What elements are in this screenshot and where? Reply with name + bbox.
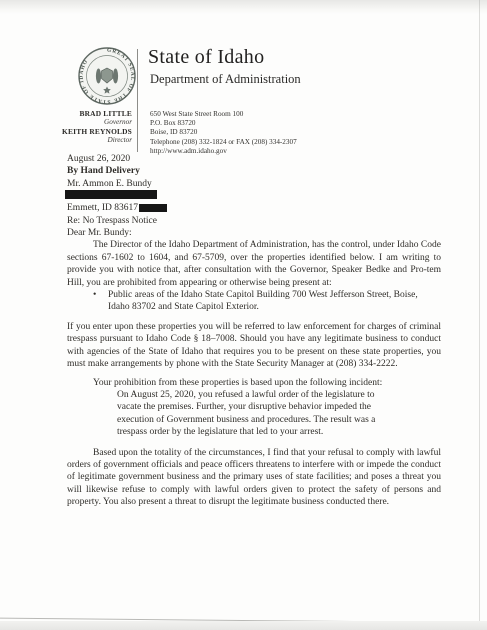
paragraph-2: If you enter upon these properties you w… bbox=[67, 321, 441, 371]
seal-figure-left bbox=[96, 69, 101, 84]
recipient-name: Mr. Ammon E. Bundy bbox=[67, 178, 441, 190]
director-title: Director bbox=[18, 136, 132, 145]
address-line: Telephone (208) 332-1824 or FAX (208) 33… bbox=[150, 138, 297, 147]
bullet-item: • Public areas of the Idaho State Capito… bbox=[93, 289, 431, 314]
recipient-city-line: Emmett, ID 83617 bbox=[67, 202, 441, 214]
governor-title: Governor bbox=[18, 118, 132, 127]
scan-bottom-shade bbox=[0, 621, 487, 630]
bullet-text: Public areas of the Idaho State Capitol … bbox=[108, 289, 431, 314]
redaction-bar-zip4 bbox=[139, 204, 167, 212]
director-name: KEITH REYNOLDS bbox=[18, 127, 132, 136]
agency-title: State of Idaho bbox=[148, 46, 264, 69]
re-line: Re: No Trespass Notice bbox=[67, 215, 441, 227]
letter-date: August 26, 2020 bbox=[67, 153, 441, 165]
bullet-icon: • bbox=[93, 289, 108, 314]
address-line: P.O. Box 83720 bbox=[150, 119, 297, 128]
paragraph-3: Your prohibition from these properties i… bbox=[67, 377, 441, 389]
delivery-method: By Hand Delivery bbox=[67, 165, 441, 177]
idaho-great-seal-icon: GREAT SEAL OF THE STATE OF IDAHO bbox=[77, 46, 137, 106]
letter-body: August 26, 2020 By Hand Delivery Mr. Amm… bbox=[67, 153, 441, 509]
seal-figure-right bbox=[113, 69, 118, 84]
recipient-city-text: Emmett, ID 83617 bbox=[67, 202, 138, 214]
department-title: Department of Administration bbox=[150, 72, 301, 87]
paragraph-1: The Director of the Idaho Department of … bbox=[67, 239, 441, 289]
agency-address-block: 650 West State Street Room 100 P.O. Box … bbox=[150, 110, 297, 156]
paragraph-4: Based upon the totality of the circumsta… bbox=[67, 447, 441, 509]
governor-name: BRAD LITTLE bbox=[18, 109, 132, 118]
letterhead-divider bbox=[137, 49, 138, 152]
redaction-bar-street-address bbox=[65, 190, 157, 199]
address-line: 650 West State Street Room 100 bbox=[150, 110, 297, 119]
salutation: Dear Mr. Bundy: bbox=[67, 227, 441, 239]
officials-block: BRAD LITTLE Governor KEITH REYNOLDS Dire… bbox=[18, 109, 132, 145]
scanned-letter-page: GREAT SEAL OF THE STATE OF IDAHO State o… bbox=[0, 0, 487, 630]
letterhead: GREAT SEAL OF THE STATE OF IDAHO State o… bbox=[0, 0, 487, 160]
incident-quote-block: On August 25, 2020, you refused a lawful… bbox=[117, 389, 401, 439]
address-line: Boise, ID 83720 bbox=[150, 128, 297, 137]
